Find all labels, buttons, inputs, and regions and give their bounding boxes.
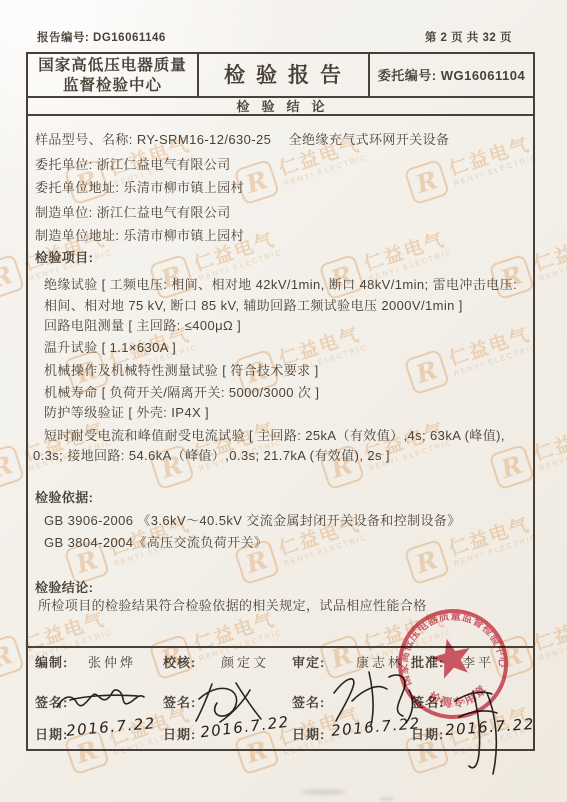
watermark-logo-icon: R <box>0 444 25 491</box>
sign-label: 签名: <box>35 692 68 711</box>
body-line: GB 3906-2006 《3.6kV～40.5kV 交流金属封闭开关设备和控制… <box>44 510 461 529</box>
org-name-line1: 国家高低压电器质量 <box>38 56 187 76</box>
role-name: 张仲烨 <box>88 652 136 671</box>
watermark-text: 仁益电气 <box>532 229 567 275</box>
report-number: 报告编号: DG16061146 <box>37 29 166 45</box>
role-name: 颜定文 <box>221 652 269 671</box>
role-label: 编制: <box>35 652 68 671</box>
role-label: 审定: <box>292 652 325 671</box>
stamp-bottom-text: 检测专用章 <box>424 676 493 717</box>
watermark-text: 仁益电气 <box>532 609 567 655</box>
body-line: 短时耐受电流和峰值耐受电流试验 [ 主回路: 25kA（有效值）,4s; 63k… <box>44 425 505 444</box>
watermark-subtext: RENYI ELECTRIC <box>538 438 567 472</box>
body-line: 温升试验 [ 1.1×630A ] <box>44 337 176 356</box>
body-line: 回路电阻测量 [ 主回路: ≤400μΩ ] <box>44 315 241 334</box>
section-title: 检验结论 <box>26 96 535 114</box>
body-line: 0.3s; 接地回路: 54.6kA（峰值）,0.3s; 21.7kA (有效值… <box>33 445 390 464</box>
scan-smudge-small <box>380 797 394 801</box>
role-label: 校核: <box>163 652 196 671</box>
body-line: GB 3804-2004《高压交流负荷开关》 <box>44 532 267 551</box>
sign-label: 签名: <box>163 692 196 711</box>
watermark-text: 仁益电气 <box>532 419 567 465</box>
body-line: 检验结论: <box>35 577 93 596</box>
doc-title: 检验报告 <box>197 52 368 96</box>
body-line: 检验项目: <box>35 247 93 266</box>
body-line: 委托单位: 浙江仁益电气有限公司 <box>35 154 231 173</box>
body-line: 制造单位: 浙江仁益电气有限公司 <box>35 202 231 221</box>
watermark-subtext: RENYI ELECTRIC <box>538 248 567 282</box>
stamp-star <box>427 634 475 681</box>
body-line: 样品型号、名称: RY-SRM16-12/630-25 全绝缘充气式环网开关设备 <box>35 129 449 148</box>
scan-smudge <box>300 789 346 795</box>
body-line: 防护等级验证 [ 外壳: IP4X ] <box>44 402 209 421</box>
body-line: 委托单位地址: 乐清市柳市镇上园村 <box>35 177 244 196</box>
date-label: 日期: <box>163 724 196 743</box>
watermark-subtext: RENYI ELECTRIC <box>538 628 567 662</box>
commission-number: 委托编号: WG16061104 <box>368 52 535 96</box>
date-label: 日期: <box>35 724 68 743</box>
svg-text:检测专用章: 检测专用章 <box>424 676 493 717</box>
body-line: 所检项目的检验结果符合检验依据的相关规定，试品相应性能合格 <box>38 595 427 614</box>
org-name: 国家高低压电器质量 监督检验中心 <box>28 56 197 96</box>
body-line: 制造单位地址: 乐清市柳市镇上园村 <box>35 225 244 244</box>
watermark-logo-icon: R <box>0 254 25 301</box>
body-line: 机械寿命 [ 负荷开关/隔离开关: 5000/3000 次 ] <box>44 382 319 401</box>
date-label: 日期: <box>292 724 325 743</box>
org-name-line2: 监督检验中心 <box>63 76 162 96</box>
body-line: 绝缘试验 [ 工频电压: 相间、相对地 42kV/1min, 断口 48kV/1… <box>44 274 517 293</box>
watermark-logo-icon: R <box>0 634 25 681</box>
body-line: 检验依据: <box>35 487 93 506</box>
body-line: 机械操作及机械特性测量试验 [ 符合技术要求 ] <box>44 360 319 379</box>
scanned-report-page: R仁益电气RENYI ELECTRICR仁益电气RENYI ELECTRICR仁… <box>0 0 567 802</box>
body-line: 相间、相对地 75 kV, 断口 85 kV, 辅助回路工频试验电压 2000V… <box>44 295 463 314</box>
official-stamp: 国家高低压电器质量监督检验中心 检测专用章 21050001 <box>387 598 519 730</box>
page-number: 第 2 页 共 32 页 <box>425 29 512 45</box>
sign-label: 签名: <box>292 692 325 711</box>
